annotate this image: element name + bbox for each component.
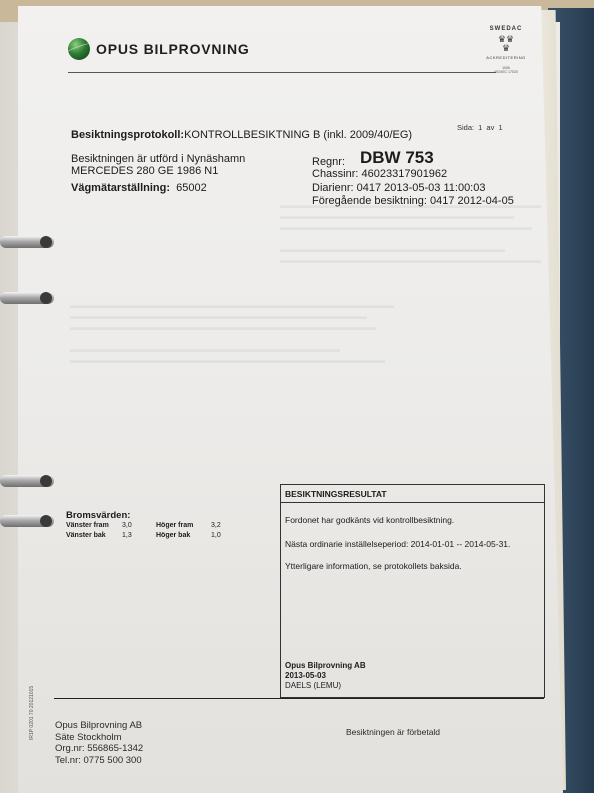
result-signature: Opus Bilprovning AB 2013-05-03 DAELS (LE… [285, 661, 366, 691]
regnr-label: Regnr: [312, 156, 345, 168]
header-divider [68, 72, 496, 73]
footer-divider [54, 698, 544, 699]
protocol-title: Besiktningsprotokoll:KONTROLLBESIKTNING … [71, 129, 412, 141]
vehicle-identification: Chassinr: 46023317901962 Diarienr: 0417 … [312, 168, 514, 209]
swedac-accreditation-seal: SWEDAC ♛♛♛ ACKREDITERING [486, 24, 526, 64]
prepaid-note: Besiktningen är förbetald [346, 727, 440, 737]
globe-logo-icon [68, 38, 90, 60]
registration-number: DBW 753 [360, 148, 434, 168]
company-logo-text: OPUS BILPROVNING [96, 41, 250, 57]
company-logo: OPUS BILPROVNING [68, 38, 250, 60]
inspection-location: Besiktningen är utförd i Nynäshamn [71, 153, 245, 165]
binder-ring [0, 292, 54, 304]
vehicle-model: MERCEDES 280 GE 1986 N1 [71, 165, 245, 177]
result-more-info: Ytterligare information, se protokollets… [285, 561, 462, 571]
result-title: BESIKTNINGSRESULTAT [285, 489, 387, 499]
binder-ring [0, 515, 54, 527]
binder-ring [0, 236, 54, 248]
result-next-period: Nästa ordinarie inställelseperiod: 2014-… [285, 539, 510, 549]
diary-number: Diarienr: 0417 2013-05-03 11:00:03 [312, 182, 514, 196]
result-approved: Fordonet har godkänts vid kontrollbesikt… [285, 515, 454, 525]
three-crowns-icon: ♛♛♛ [486, 35, 526, 53]
accreditation-number: 1006 ISO/IEC 17020 [486, 66, 526, 74]
odometer-reading: Vägmätarställning: 65002 [71, 182, 207, 194]
inspection-info: Besiktningen är utförd i Nynäshamn MERCE… [71, 153, 245, 177]
brake-values-table: Vänster fram 3,0 Höger fram 3,2 Vänster … [66, 522, 241, 539]
bleed-through-text: ▬▬▬▬▬▬▬▬▬▬▬▬▬▬▬▬▬▬▬▬▬▬▬▬▬▬▬▬▬ ▬▬▬▬▬▬▬▬▬▬… [280, 200, 541, 266]
bleed-through-text: ▬▬▬▬▬▬▬▬▬▬▬▬▬▬▬▬▬▬▬▬▬▬▬▬▬▬▬▬▬▬▬▬▬▬▬▬ ▬▬▬… [70, 300, 394, 366]
inspection-result-box: BESIKTNINGSRESULTAT Fordonet har godkänt… [280, 484, 545, 698]
result-header-divider [281, 502, 544, 503]
binder-ring [0, 475, 54, 487]
previous-inspection: Föregående besiktning: 0417 2012-04-05 [312, 195, 514, 209]
chassis-number: Chassinr: 46023317901962 [312, 168, 514, 182]
brake-values-title: Bromsvärden: [66, 510, 130, 521]
page-indicator: Sida: 1 av 1 [457, 123, 503, 132]
form-code: IR1P 0201 70 20121015 [29, 686, 35, 740]
footer-company-info: Opus Bilprovning AB Säte Stockholm Org.n… [55, 720, 143, 766]
